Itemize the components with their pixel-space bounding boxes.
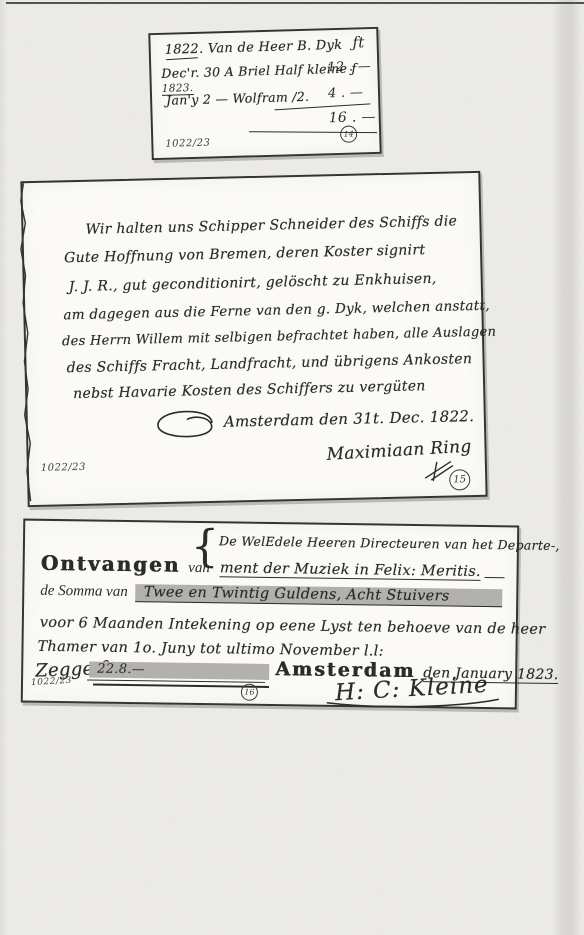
letter-dateline: Amsterdam den 31t. Dec. 1822.: [224, 407, 475, 431]
rule-line: [485, 577, 505, 578]
addressee-line2: ment der Muziek in Felix: Meritis.: [220, 560, 481, 581]
pen-flourish-icon: [154, 407, 221, 440]
subscription-period-line2: Thamer van 1o. Juny tot ultimo November …: [37, 639, 384, 660]
closing-rule: [249, 131, 377, 133]
amount-in-words: Twee en Twintig Guldens, Acht Stuivers: [136, 584, 503, 607]
zegge-amount: 22.8.—: [89, 661, 269, 680]
printed-van-label: van: [188, 560, 210, 577]
receipt-top-row3-amount: 4 . —: [328, 85, 364, 101]
letter-line: des Schiffs Fracht, Landfracht, und übri…: [66, 351, 472, 376]
zegge-rule-1: [87, 679, 265, 682]
scanned-archive-page: 1822. Van de Heer B. Dyk ƒt Dec'r. 30 A …: [0, 0, 584, 935]
signature-swash-icon: [323, 693, 503, 710]
receipt-top-total: 16 . —: [328, 109, 375, 126]
archive-ref: 1022/23: [41, 462, 86, 474]
scan-edge-line: [6, 2, 584, 4]
letter-card: Wir halten uns Schipper Schneider des Sc…: [20, 171, 487, 507]
receipt-top-row3: Jan'y 2 — Wolfram /2.: [166, 89, 310, 108]
underline-year: [166, 57, 198, 60]
letter-line: nebst Havarie Kosten des Schiffers zu ve…: [73, 378, 426, 402]
subscription-period-line1: voor 6 Maanden Intekening op eene Lyst t…: [40, 615, 546, 638]
addressee-line1: De WelEdele Heeren Directeuren van het D…: [219, 533, 560, 553]
letter-line: Gute Hoffnung von Bremen, deren Koster s…: [64, 242, 426, 266]
catalog-stamp: 14: [340, 125, 357, 142]
left-edge-shadow: [0, 0, 8, 935]
receipt-card-top: 1822. Van de Heer B. Dyk ƒt Dec'r. 30 A …: [148, 27, 381, 160]
catalog-stamp: 15: [449, 469, 470, 490]
deckle-edge: [18, 183, 32, 503]
receipt-card-bottom: { De WelEdele Heeren Directeuren van het…: [21, 519, 520, 710]
printed-ontvangen-label: Ontvangen: [41, 551, 181, 577]
letter-line: am dagegen aus die Ferne van den g. Dyk,…: [63, 298, 490, 324]
binding-shadow-band: [552, 0, 582, 935]
archive-ref: 1022/23: [31, 676, 72, 688]
receipt-top-line1: 1822. Van de Heer B. Dyk: [165, 38, 343, 58]
archive-ref: 1022/23: [165, 138, 210, 150]
letter-line: des Herrn Willem mit selbigen befrachtet…: [62, 325, 497, 350]
catalog-stamp: 16: [241, 684, 258, 701]
receipt-top-row2-amount: 12 . —: [327, 59, 371, 75]
letter-line: Wir halten uns Schipper Schneider des Sc…: [85, 213, 457, 237]
letter-line: J. J. R., gut geconditionirt, gelöscht z…: [69, 271, 437, 295]
currency-flourish: ƒt: [352, 33, 365, 51]
printed-somma-label: de Somma van: [40, 583, 128, 601]
